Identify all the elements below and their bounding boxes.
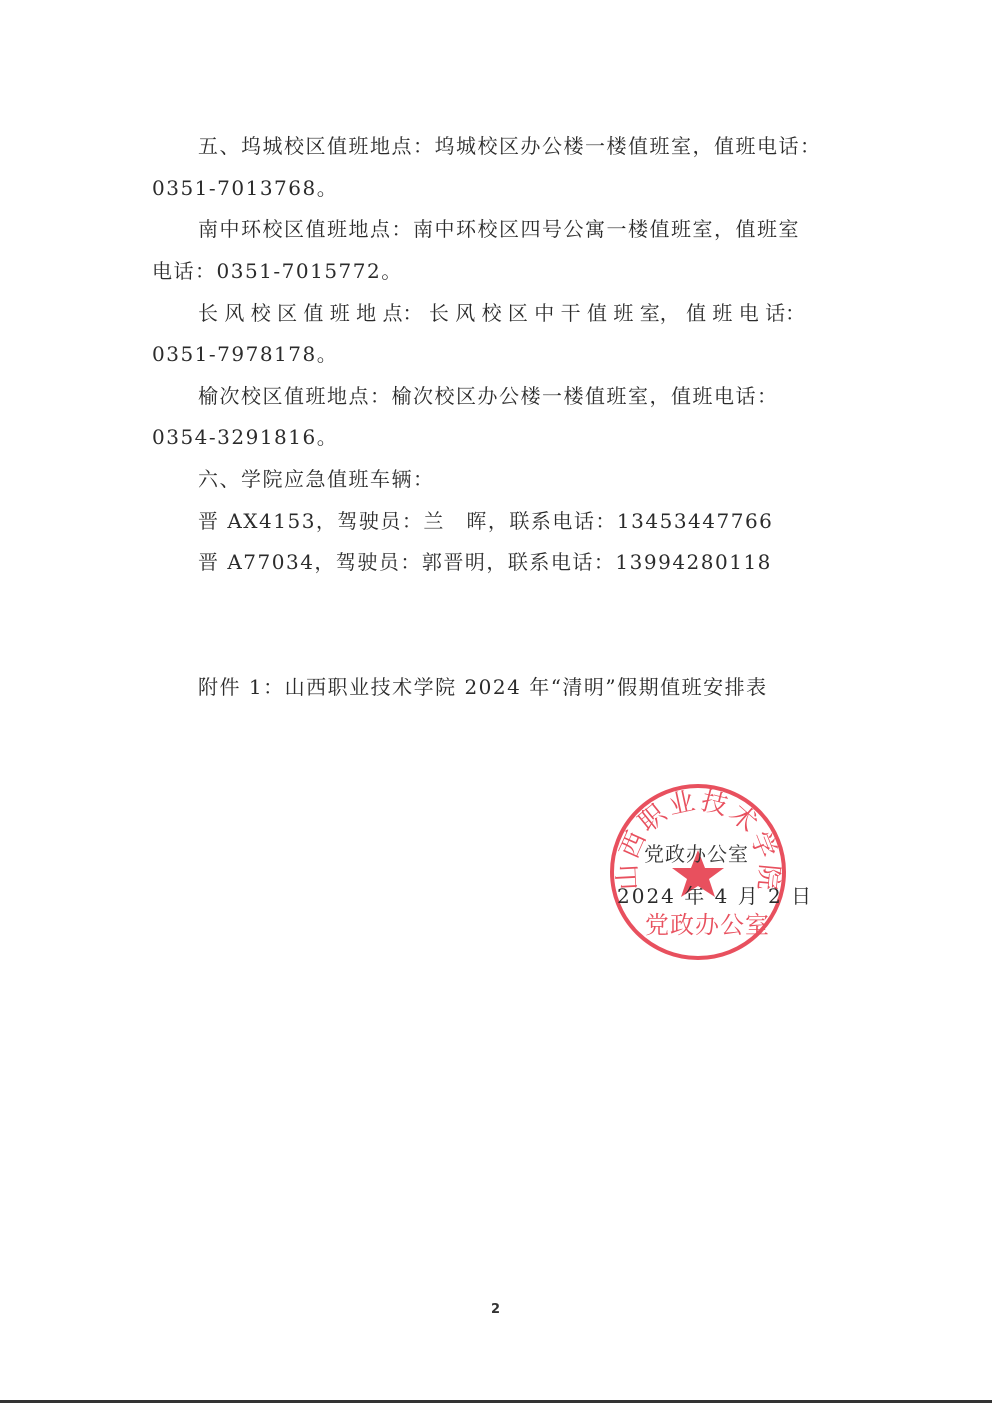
page-number: 2 — [491, 1302, 500, 1317]
attachment-note: 附件 1：山西职业技术学院 2024 年“清明”假期值班安排表 — [198, 673, 768, 701]
body-line: 榆次校区值班地点：榆次校区办公楼一楼值班室，值班电话： — [198, 382, 779, 410]
body-line: 长 风 校 区 值 班 地 点： 长 风 校 区 中 干 值 班 室， 值 班 … — [198, 299, 805, 327]
vehicle-line: 晋 A77034，驾驶员：郭晋明，联系电话：13994280118 — [198, 548, 772, 576]
body-line: 电话：0351-7015772。 — [152, 257, 403, 285]
vehicle-line: 晋 AX4153，驾驶员：兰 晖，联系电话：13453447766 — [198, 507, 773, 535]
document-page: 五、坞城校区值班地点：坞城校区办公楼一楼值班室，值班电话： 0351-70137… — [0, 0, 992, 1403]
section-heading: 六、学院应急值班车辆： — [198, 465, 435, 493]
body-line: 五、坞城校区值班地点：坞城校区办公楼一楼值班室，值班电话： — [198, 132, 822, 160]
body-line: 0351-7013768。 — [152, 174, 338, 202]
body-line: 南中环校区值班地点：南中环校区四号公寓一楼值班室，值班室 — [198, 215, 800, 243]
seal-center-text: 党政办公室 — [645, 905, 770, 940]
signature-office: 党政办公室 — [644, 838, 749, 867]
body-line: 0351-7978178。 — [152, 340, 338, 368]
body-line: 0354-3291816。 — [152, 423, 338, 451]
